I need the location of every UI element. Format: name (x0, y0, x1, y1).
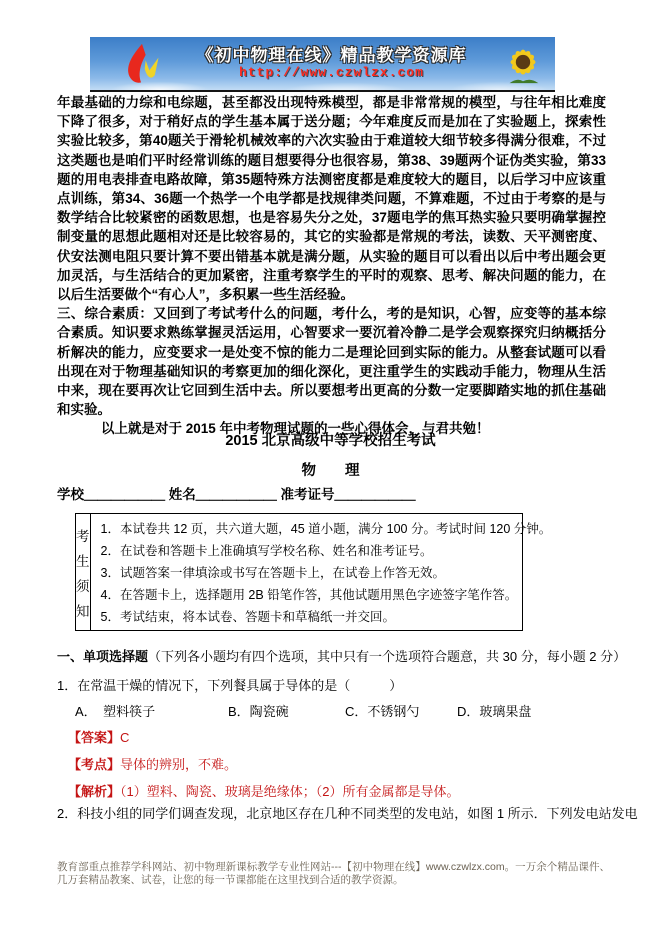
notice-item: 1．本试卷共 12 页，共六道大题，45 道小题，满分 100 分。考试时间 1… (101, 519, 552, 537)
candidate-info-line: 学校＿＿＿＿＿＿ 姓名＿＿＿＿＿＿ 准考证号＿＿＿＿＿＿ (57, 483, 416, 503)
option-a[interactable]: A． 塑料筷子 (75, 701, 155, 720)
banner-text-block: 《初中物理在线》精品教学资源库 http://www.czwlzx.com (164, 46, 499, 80)
school-blank-field[interactable]: ＿＿＿＿＿＿ (84, 487, 165, 502)
notice-header-char: 生 (76, 550, 90, 570)
examinee-notice-table: 考 生 须 知 1．本试卷共 12 页，共六道大题，45 道小题，满分 100 … (75, 513, 523, 631)
school-label: 学校 (57, 487, 84, 502)
notice-header-char: 知 (76, 600, 90, 620)
keypoint-value: 导体的辨别，不难。 (120, 757, 237, 772)
document-page: 《初中物理在线》精品教学资源库 http://www.czwlzx.com 年最… (0, 0, 661, 936)
name-label: 姓名 (169, 487, 196, 502)
site-title: 《初中物理在线》精品教学资源库 (197, 46, 467, 66)
notice-items-list: 1．本试卷共 12 页，共六道大题，45 道小题，满分 100 分。考试时间 1… (91, 514, 558, 630)
name-blank-field[interactable]: ＿＿＿＿＿＿ (196, 487, 277, 502)
option-c[interactable]: C．不锈钢勺 (345, 701, 419, 720)
page-footer-promo: 教育部重点推荐学科网站、初中物理新课标教学专业性网站---【初中物理在线】www… (57, 861, 610, 886)
analysis-line: 【解析】（1）塑料、陶瓷、玻璃是绝缘体；（2）所有金属都是导体。 (68, 781, 459, 800)
option-b[interactable]: B．陶瓷碗 (228, 701, 289, 720)
notice-header-char: 考 (76, 525, 90, 545)
section1-heading-title: 一、单项选择题 (57, 649, 148, 664)
site-logo-icon (120, 41, 164, 87)
section1-heading: 一、单项选择题（下列各小题均有四个选项，其中只有一个选项符合题意，共 30 分，… (57, 646, 626, 665)
id-label: 准考证号 (281, 487, 335, 502)
essay-commentary: 年最基础的力综和电综题，甚至都没出现特殊模型，都是非常常规的模型，与往年相比难度… (57, 93, 606, 439)
answer-label: 【答案】 (68, 730, 120, 745)
analysis-label: 【解析】 (68, 784, 120, 799)
essay-paragraph-1: 年最基础的力综和电综题，甚至都没出现特殊模型，都是非常常规的模型，与往年相比难度… (57, 93, 606, 304)
notice-item: 5．考试结束，将本试卷、答题卡和草稿纸一并交回。 (101, 607, 552, 625)
option-d[interactable]: D．玻璃果盘 (457, 701, 531, 720)
notice-header-vertical: 考 生 须 知 (76, 514, 91, 630)
answer-value: C (120, 730, 129, 745)
site-banner: 《初中物理在线》精品教学资源库 http://www.czwlzx.com (90, 37, 555, 92)
notice-item: 3．试题答案一律填涂或书写在答题卡上，在试卷上作答无效。 (101, 563, 552, 581)
question-2-text: 2．科技小组的同学们调查发现，北京地区存在几种不同类型的发电站，如图 1 所示．… (57, 803, 638, 822)
question-1-options: A． 塑料筷子 B．陶瓷碗 C．不锈钢勺 D．玻璃果盘 (57, 701, 606, 719)
question-1-text: 1．在常温干燥的情况下，下列餐具属于导体的是（ ） (57, 675, 402, 694)
sunflower-icon (499, 41, 547, 87)
keypoint-line: 【考点】导体的辨别，不难。 (68, 754, 237, 773)
id-blank-field[interactable]: ＿＿＿＿＿＿ (335, 487, 416, 502)
keypoint-label: 【考点】 (68, 757, 120, 772)
section1-heading-note: （下列各小题均有四个选项，其中只有一个选项符合题意，共 30 分，每小题 2 分… (148, 649, 626, 664)
notice-header-char: 须 (76, 575, 90, 595)
essay-paragraph-2: 三、综合素质：又回到了考试考什么的问题，考什么，考的是知识，心智，应变等的基本综… (57, 304, 606, 419)
exam-title: 2015 北京高级中等学校招生考试 (0, 429, 661, 450)
exam-subject: 物 理 (0, 459, 661, 480)
site-url-link[interactable]: http://www.czwlzx.com (239, 66, 424, 81)
notice-item: 2．在试卷和答题卡上准确填写学校名称、姓名和准考证号。 (101, 541, 552, 559)
analysis-value: （1）塑料、陶瓷、玻璃是绝缘体；（2）所有金属都是导体。 (120, 784, 459, 799)
answer-line: 【答案】C (68, 727, 129, 746)
notice-item: 4．在答题卡上，选择题用 2B 铅笔作答，其他试题用黑色字迹签字笔作答。 (101, 585, 552, 603)
